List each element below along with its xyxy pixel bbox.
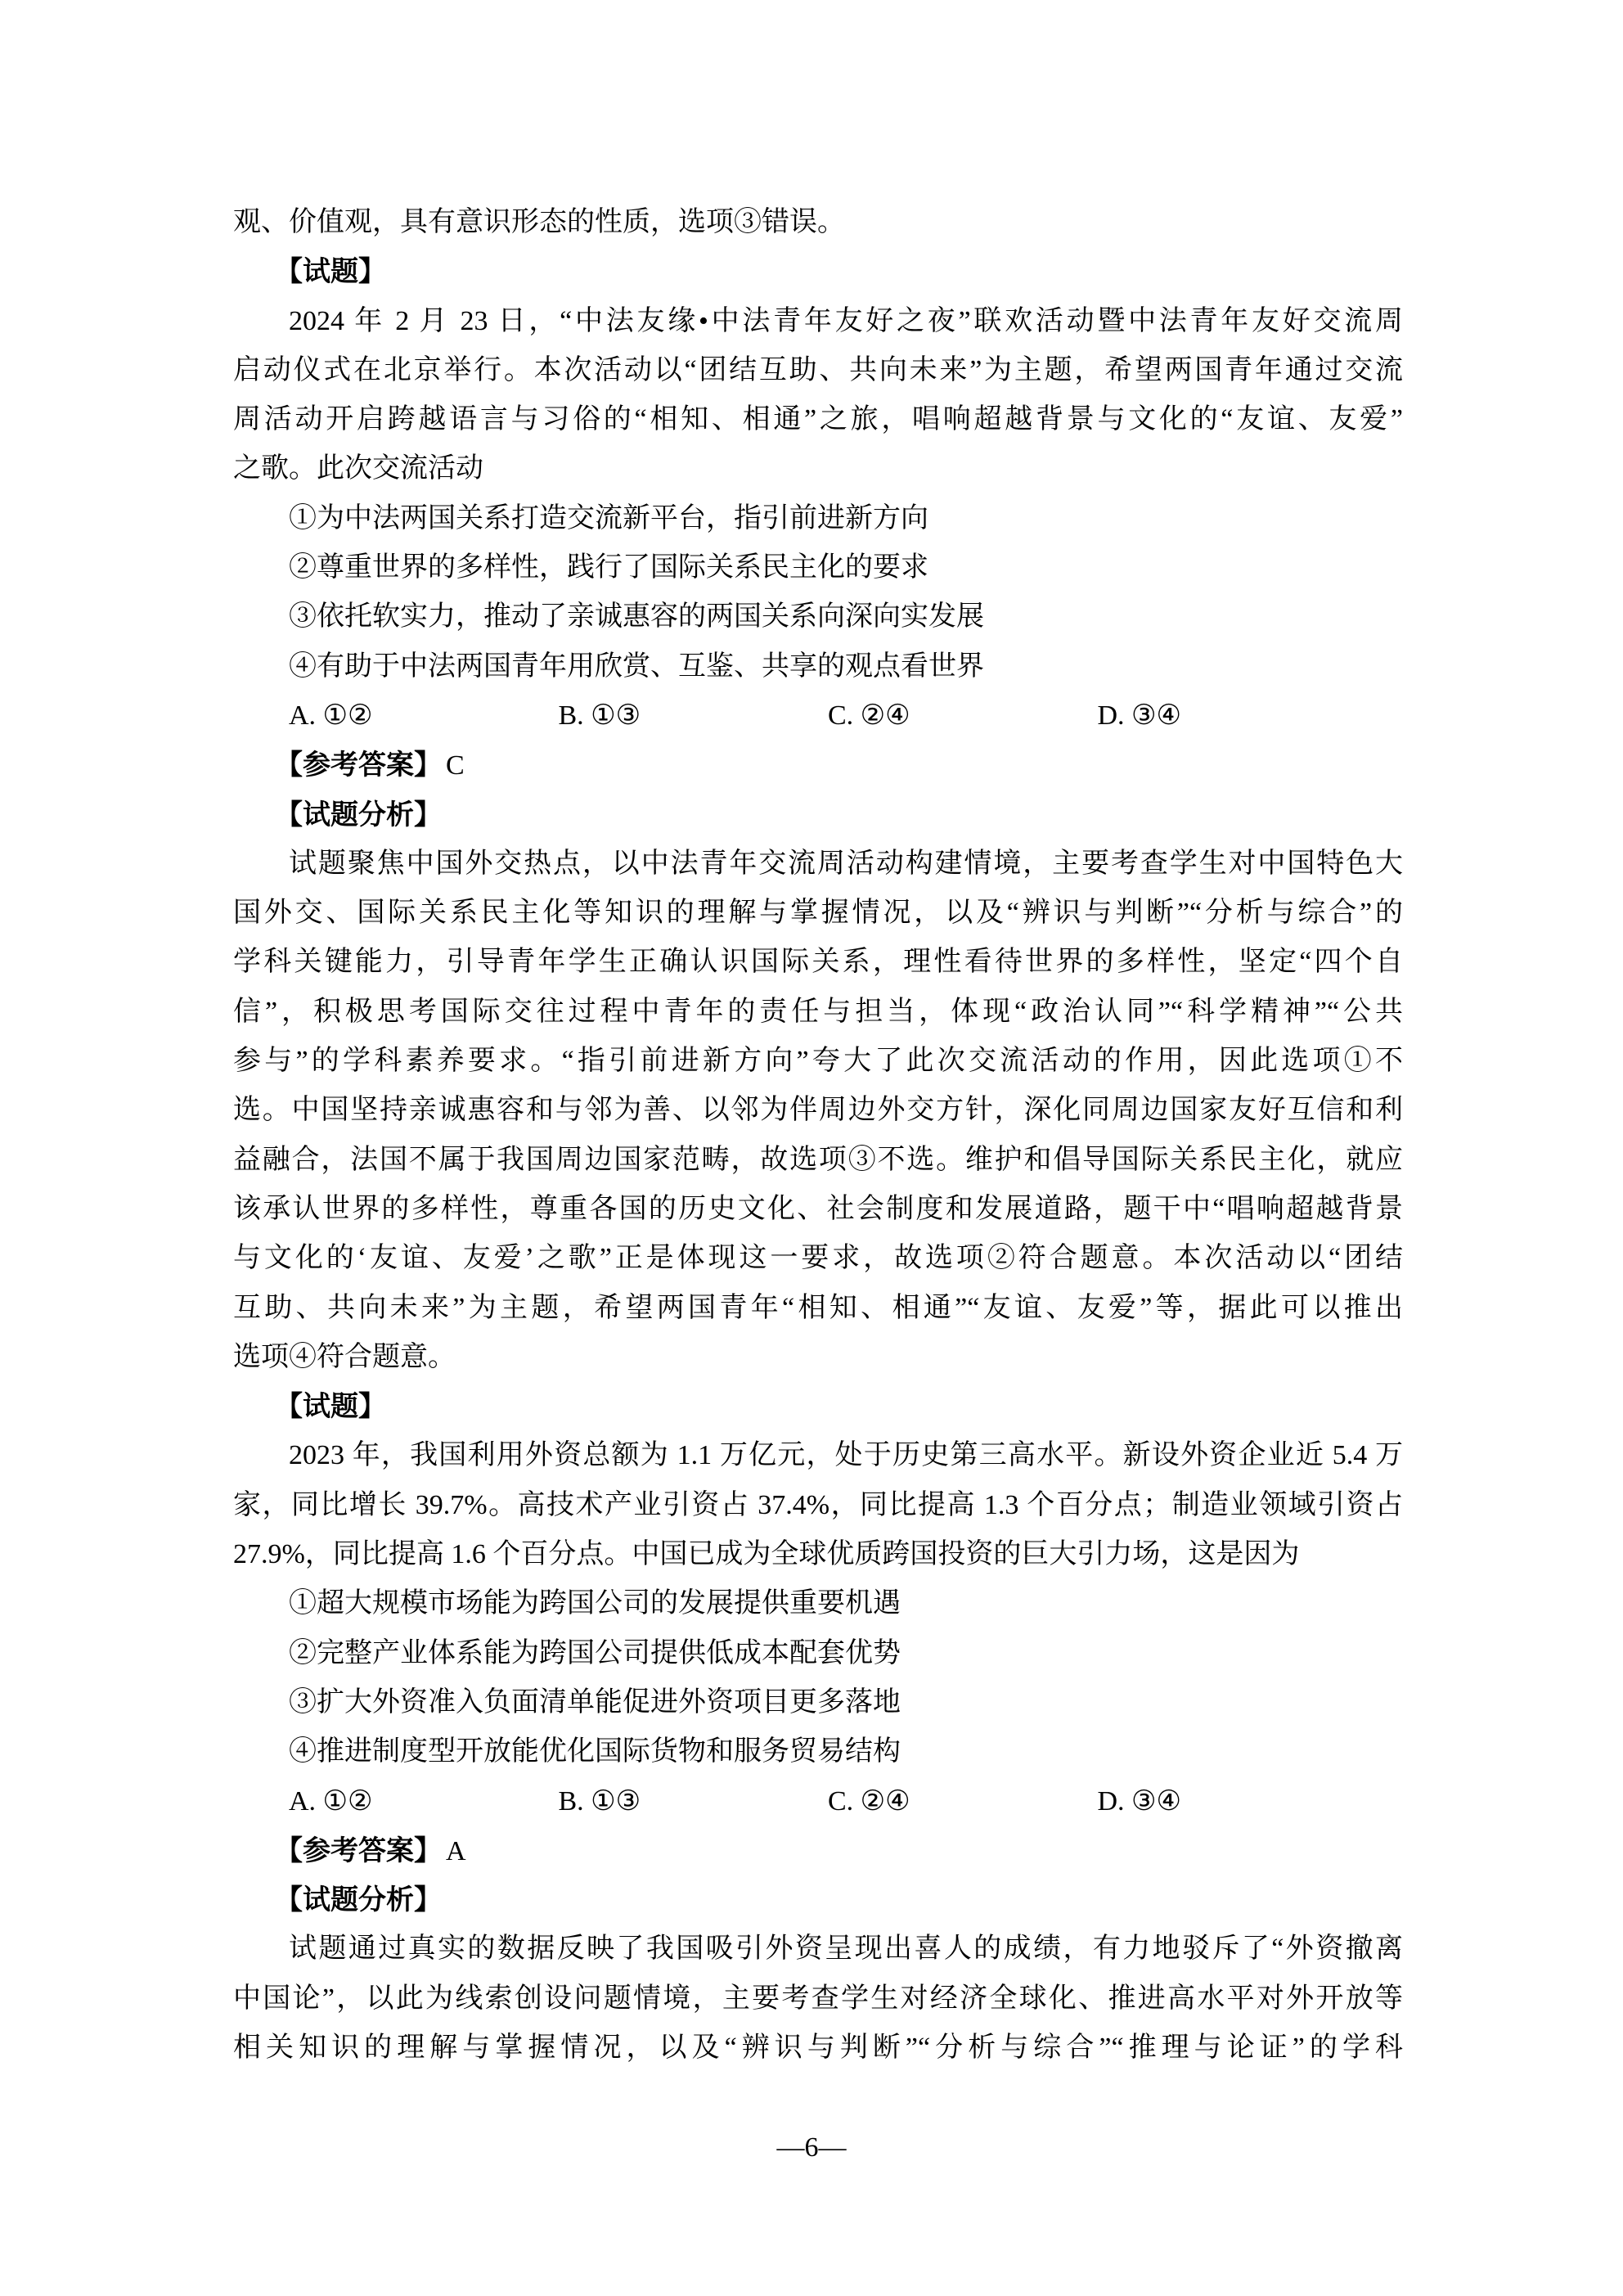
analysis-text-line: 信”，积极思考国际交往过程中青年的责任与担当，体现“政治认同”“科学精神”“公共 — [233, 988, 1403, 1037]
choice-c: C. ②④ — [828, 1777, 1090, 1826]
analysis-text-line: 试题聚焦中国外交热点，以中法青年交流周活动构建情境，主要考查学生对中国特色大 — [233, 840, 1403, 889]
choice-c: C. ②④ — [828, 691, 1090, 741]
question-stem-line: 2024 年 2 月 23 日，“中法友缘•中法青年友好之夜”联欢活动暨中法青年… — [233, 297, 1403, 346]
document-page: 观、价值观，具有意识形态的性质，选项③错误。 【试题】 2024 年 2 月 2… — [0, 0, 1623, 2296]
reference-answer-heading: 【参考答案】C — [233, 741, 1403, 790]
option-item-3: ③依托软实力，推动了亲诚惠容的两国关系向深向实发展 — [233, 592, 1403, 642]
analysis-heading: 【试题分析】 — [233, 1875, 1403, 1925]
heading-label: 【参考答案】 — [275, 1835, 442, 1866]
question-stem-line: 家，同比增长 39.7%。高技术产业引资占 37.4%，同比提高 1.3 个百分… — [233, 1481, 1403, 1530]
choice-d: D. ③④ — [1098, 1777, 1182, 1826]
question-heading: 【试题】 — [233, 247, 1403, 296]
option-item-2: ②完整产业体系能为跨国公司提供低成本配套优势 — [233, 1629, 1403, 1678]
option-item-3: ③扩大外资准入负面清单能促进外资项目更多落地 — [233, 1678, 1403, 1727]
question-stem-line: 27.9%，同比提高 1.6 个百分点。中国已成为全球优质跨国投资的巨大引力场，… — [233, 1530, 1403, 1579]
analysis-text-line: 该承认世界的多样性，尊重各国的历史文化、社会制度和发展道路，题干中“唱响超越背景 — [233, 1185, 1403, 1234]
analysis-text-line: 国外交、国际关系民主化等知识的理解与掌握情况，以及“辨识与判断”“分析与综合”的 — [233, 889, 1403, 938]
option-item-2: ②尊重世界的多样性，践行了国际关系民主化的要求 — [233, 543, 1403, 592]
option-item-1: ①为中法两国关系打造交流新平台，指引前进新方向 — [233, 494, 1403, 543]
option-item-4: ④推进制度型开放能优化国际货物和服务贸易结构 — [233, 1727, 1403, 1776]
choice-b: B. ①③ — [559, 691, 821, 741]
answer-choices-row: A. ①② B. ①③ C. ②④ D. ③④ — [233, 691, 1403, 741]
answer-value: C — [446, 750, 465, 781]
question-stem-line: 启动仪式在北京举行。本次活动以“团结互助、共向未来”为主题，希望两国青年通过交流 — [233, 346, 1403, 395]
analysis-text-line: 与文化的‘友谊、友爱’之歌”正是体现这一要求，故选项②符合题意。本次活动以“团结 — [233, 1234, 1403, 1283]
analysis-text-line: 选项④符合题意。 — [233, 1333, 1403, 1382]
choice-d: D. ③④ — [1098, 691, 1182, 741]
analysis-text-line: 参与”的学科素养要求。“指引前进新方向”夸大了此次交流活动的作用，因此选项①不 — [233, 1037, 1403, 1086]
question-stem-line: 之歌。此次交流活动 — [233, 444, 1403, 493]
analysis-text-line: 学科关键能力，引导青年学生正确认识国际关系，理性看待世界的多样性，坚定“四个自 — [233, 938, 1403, 987]
question-stem-line: 2023 年，我国利用外资总额为 1.1 万亿元，处于历史第三高水平。新设外资企… — [233, 1431, 1403, 1480]
choice-a: A. ①② — [289, 1777, 551, 1826]
analysis-heading: 【试题分析】 — [233, 790, 1403, 840]
heading-label: 【试题分析】 — [275, 1884, 442, 1916]
analysis-text-line: 中国论”，以此为线索创设问题情境，主要考查学生对经济全球化、推进高水平对外开放等 — [233, 1974, 1403, 2024]
analysis-text-line: 互助、共向未来”为主题，希望两国青年“相知、相通”“友谊、友爱”等，据此可以推出 — [233, 1284, 1403, 1333]
option-item-1: ①超大规模市场能为跨国公司的发展提供重要机遇 — [233, 1579, 1403, 1628]
question-heading: 【试题】 — [233, 1382, 1403, 1431]
analysis-text-line: 益融合，法国不属于我国周边国家范畴，故选项③不选。维护和倡导国际关系民主化，就应 — [233, 1136, 1403, 1185]
heading-label: 【试题】 — [275, 1391, 386, 1422]
heading-label: 【参考答案】 — [275, 750, 442, 781]
document-body: 观、价值观，具有意识形态的性质，选项③错误。 【试题】 2024 年 2 月 2… — [233, 198, 1403, 2073]
analysis-text-line: 试题通过真实的数据反映了我国吸引外资呈现出喜人的成绩，有力地驳斥了“外资撤离 — [233, 1925, 1403, 1974]
choice-a: A. ①② — [289, 691, 551, 741]
heading-label: 【试题分析】 — [275, 799, 442, 831]
answer-choices-row: A. ①② B. ①③ C. ②④ D. ③④ — [233, 1777, 1403, 1826]
answer-value: A — [446, 1836, 466, 1866]
choice-b: B. ①③ — [559, 1777, 821, 1826]
analysis-text-line: 相关知识的理解与掌握情况，以及“辨识与判断”“分析与综合”“推理与论证”的学科 — [233, 2024, 1403, 2073]
page-number: —6— — [0, 2129, 1623, 2167]
reference-answer-heading: 【参考答案】A — [233, 1826, 1403, 1875]
analysis-text-line: 选。中国坚持亲诚惠容和与邻为善、以邻为伴周边外交方针，深化同周边国家友好互信和利 — [233, 1086, 1403, 1135]
option-item-4: ④有助于中法两国青年用欣赏、互鉴、共享的观点看世界 — [233, 642, 1403, 691]
question-stem-line: 周活动开启跨越语言与习俗的“相知、相通”之旅，唱响超越背景与文化的“友谊、友爱” — [233, 395, 1403, 444]
heading-label: 【试题】 — [275, 256, 386, 287]
analysis-text-line: 观、价值观，具有意识形态的性质，选项③错误。 — [233, 198, 1403, 247]
